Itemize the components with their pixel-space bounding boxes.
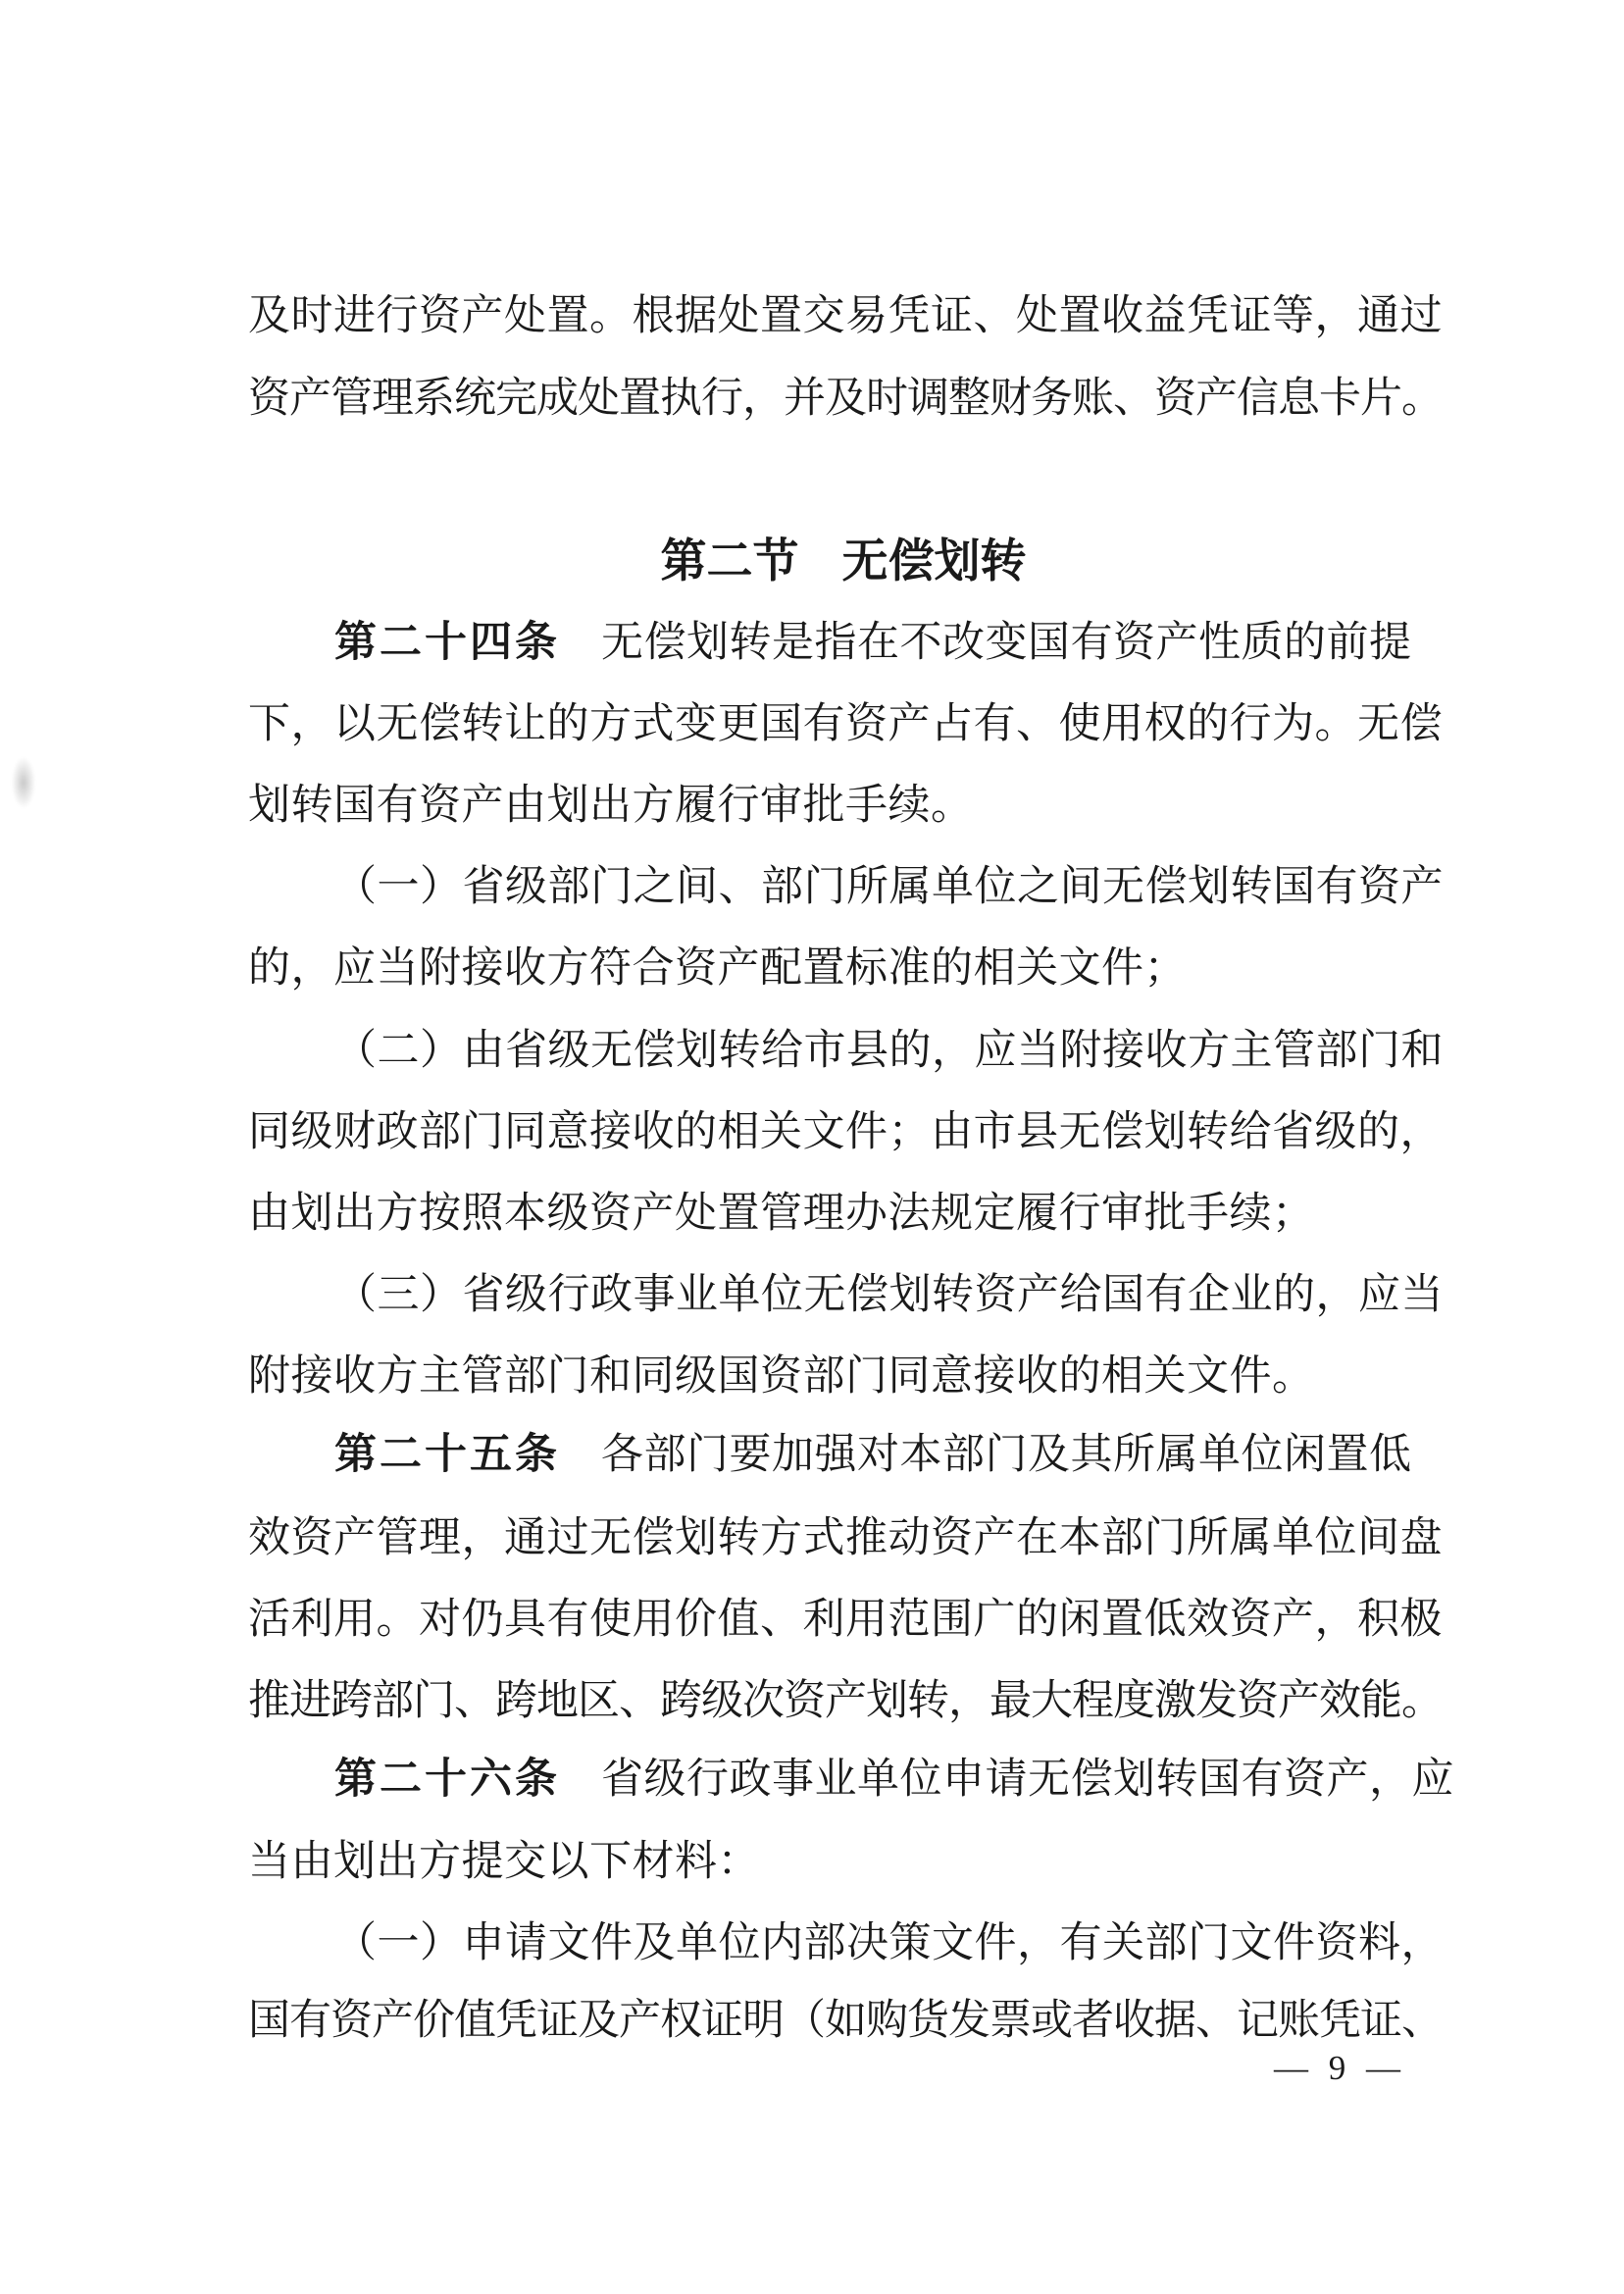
article-24-line-1: 第二十四条无偿划转是指在不改变国有资产性质的前提 [248,621,1550,666]
item-3-line-1: （三）省级行政事业单位无偿划转资产给国有企业的，应当 [248,1273,1550,1318]
section-heading: 第二节无偿划转 [248,537,1439,586]
item-2-line-2-text: 同级财政部门同意接收的相关文件；由市县无偿划转给省级的， [248,1109,1443,1155]
article-26-line-1: 第二十六条省级行政事业单位申请无偿划转国有资产，应 [248,1758,1550,1803]
article-26-item-1-line-1: （一）申请文件及单位内部决策文件，有关部门文件资料， [248,1921,1550,1966]
article-26-number: 第二十六条 [334,1757,560,1803]
article-24-line-3-text: 划转国有资产由划出方履行审批手续。 [248,783,974,829]
section-heading-label: 第二节 [661,536,799,587]
article-24-number: 第二十四条 [334,620,560,666]
article-26-item-1-line-2-text: 国有资产价值凭证及产权证明（如购货发票或者收据、记账凭证、 [248,1998,1443,2044]
article-25-line-4-text: 推进跨部门、跨地区、跨级次资产划转，最大程度激发资产效能。 [248,1678,1443,1724]
article-26-item-1-line-1-text: （一）申请文件及单位内部决策文件，有关部门文件资料， [334,1920,1444,1966]
section-heading-title: 无偿划转 [842,536,1027,587]
article-26-item-1-line-2: 国有资产价值凭证及产权证明（如购货发票或者收据、记账凭证、 [248,1999,1464,2044]
document-page: 及时进行资产处置。根据处置交易凭证、处置收益凭证等，通过 资产管理系统完成处置执… [0,0,1624,2294]
item-2-line-2: 同级财政部门同意接收的相关文件；由市县无偿划转给省级的， [248,1110,1464,1155]
item-2-line-1: （二）由省级无偿划转给市县的，应当附接收方主管部门和 [248,1029,1550,1074]
article-25-line-3: 活利用。对仍具有使用价值、利用范围广的闲置低效资产，积极 [248,1598,1464,1643]
article-24-line-1-text: 无偿划转是指在不改变国有资产性质的前提 [601,620,1412,666]
item-3-line-2-text: 附接收方主管部门和同级国资部门同意接收的相关文件。 [248,1353,1315,1400]
item-2-line-3: 由划出方按照本级资产处置管理办法规定履行审批手续； [248,1192,1464,1237]
article-26-line-1-text: 省级行政事业单位申请无偿划转国有资产，应 [601,1757,1454,1803]
article-26-line-2-text: 当由划出方提交以下材料： [248,1839,760,1885]
item-1-line-2: 的，应当附接收方符合资产配置标准的相关文件； [248,946,1464,992]
article-24-line-2-text: 下，以无偿转让的方式变更国有资产占有、使用权的行为。无偿 [248,701,1443,747]
item-1-line-1-text: （一）省级部门之间、部门所属单位之间无偿划转国有资产 [334,864,1444,910]
article-24-line-3: 划转国有资产由划出方履行审批手续。 [248,784,1464,829]
intro-line-1: 及时进行资产处置。根据处置交易凭证、处置收益凭证等，通过 [248,294,1464,339]
article-26-line-2: 当由划出方提交以下材料： [248,1840,1464,1885]
intro-line-2-text: 资产管理系统完成处置执行，并及时调整财务账、资产信息卡片。 [248,376,1443,422]
article-25-line-3-text: 活利用。对仍具有使用价值、利用范围广的闲置低效资产，积极 [248,1597,1443,1643]
intro-line-1-text: 及时进行资产处置。根据处置交易凭证、处置收益凭证等，通过 [248,293,1443,339]
item-1-line-2-text: 的，应当附接收方符合资产配置标准的相关文件； [248,945,1187,992]
item-3-line-1-text: （三）省级行政事业单位无偿划转资产给国有企业的，应当 [334,1272,1444,1318]
article-24-line-2: 下，以无偿转让的方式变更国有资产占有、使用权的行为。无偿 [248,702,1464,747]
page-number: — 9 — [1274,2050,1406,2087]
item-2-line-3-text: 由划出方按照本级资产处置管理办法规定履行审批手续； [248,1191,1315,1237]
article-25-number: 第二十五条 [334,1432,560,1478]
article-25-line-4: 推进跨部门、跨地区、跨级次资产划转，最大程度激发资产效能。 [248,1679,1464,1724]
article-25-line-2: 效资产管理，通过无偿划转方式推动资产在本部门所属单位间盘 [248,1516,1464,1561]
article-25-line-1-text: 各部门要加强对本部门及其所属单位闲置低 [601,1432,1412,1478]
item-2-line-1-text: （二）由省级无偿划转给市县的，应当附接收方主管部门和 [334,1028,1444,1074]
article-25-line-1: 第二十五条各部门要加强对本部门及其所属单位闲置低 [248,1433,1550,1478]
article-25-line-2-text: 效资产管理，通过无偿划转方式推动资产在本部门所属单位间盘 [248,1515,1443,1561]
item-3-line-2: 附接收方主管部门和同级国资部门同意接收的相关文件。 [248,1354,1464,1400]
scan-smudge-artifact [12,757,35,808]
item-1-line-1: （一）省级部门之间、部门所属单位之间无偿划转国有资产 [248,865,1550,910]
intro-line-2: 资产管理系统完成处置执行，并及时调整财务账、资产信息卡片。 [248,377,1464,422]
